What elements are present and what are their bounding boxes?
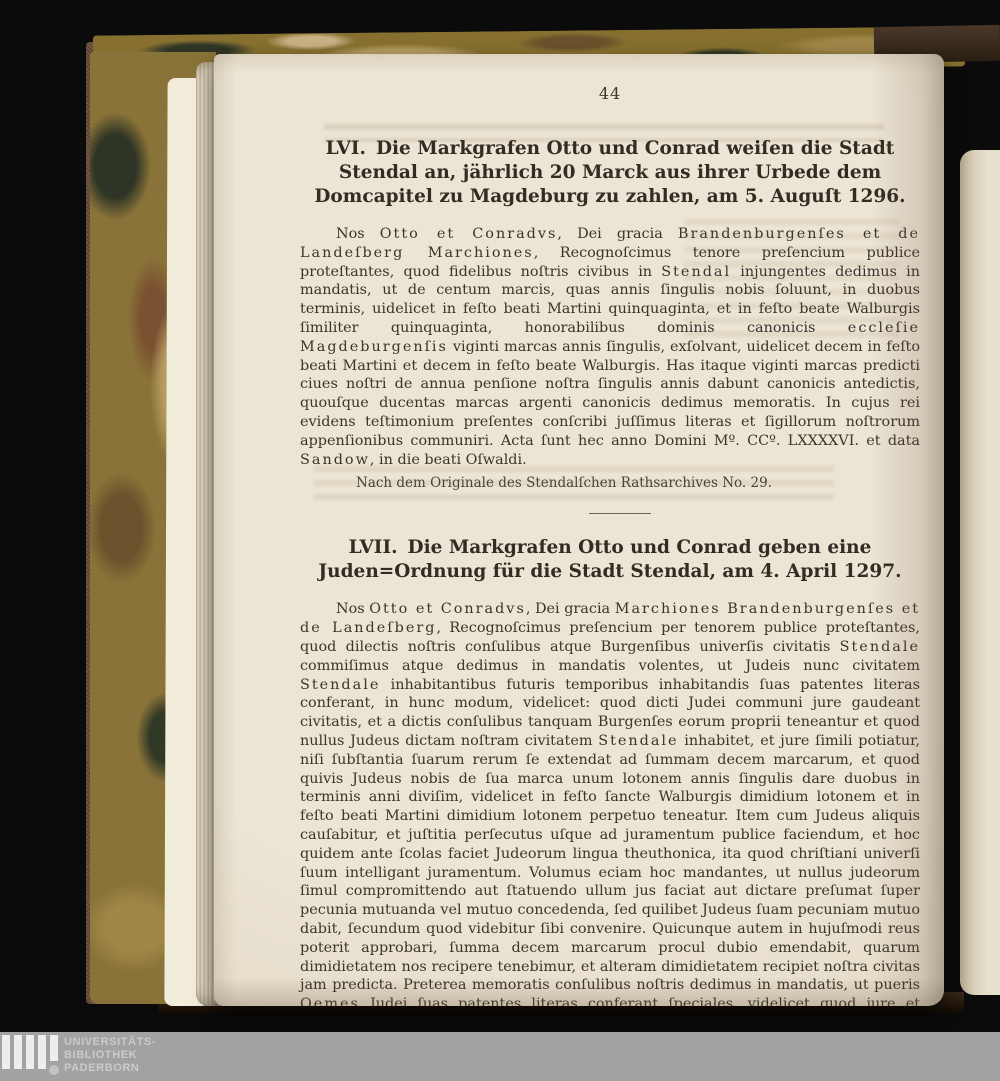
section-lvii: LVII.Die Markgrafen Otto und Conrad gebe…	[300, 536, 920, 1006]
logo-bar-icon	[38, 1035, 46, 1069]
footer-strip: UNIVERSITÄTS- BIBLIOTHEK PADERBORN	[0, 1032, 1000, 1081]
section-lvi-heading: LVI.Die Markgrafen Otto und Conrad weiſe…	[300, 137, 920, 209]
library-name: UNIVERSITÄTS- BIBLIOTHEK PADERBORN	[64, 1036, 156, 1075]
section-lvii-heading: LVII.Die Markgrafen Otto und Conrad gebe…	[300, 536, 920, 584]
section-lvii-numeral: LVII.	[349, 537, 408, 558]
page-number: 44	[300, 84, 920, 103]
scan-scene: 44 LVI.Die Markgrafen Otto und Conrad we…	[0, 0, 1000, 1081]
logo-bar-icon	[2, 1035, 10, 1069]
logo-exclamation-bar-icon	[50, 1035, 58, 1061]
facing-page-edge	[960, 150, 1000, 995]
logo-bar-icon	[26, 1035, 34, 1069]
university-library-logo	[2, 1035, 54, 1078]
section-lvi-heading-text: Die Markgrafen Otto und Conrad weiſen di…	[314, 138, 905, 207]
section-lvi-body: Nos Otto et Conradvs, Dei gracia Branden…	[300, 225, 920, 469]
section-lvi: LVI.Die Markgrafen Otto und Conrad weiſe…	[300, 137, 920, 491]
book-page: 44 LVI.Die Markgrafen Otto und Conrad we…	[214, 54, 944, 1006]
section-divider	[589, 513, 651, 514]
source-note: Nach dem Originale des Stendalſchen Rath…	[356, 475, 920, 491]
text-block: 44 LVI.Die Markgrafen Otto und Conrad we…	[300, 54, 920, 1006]
section-lvi-numeral: LVI.	[326, 138, 376, 159]
logo-exclamation-dot-icon	[49, 1065, 59, 1075]
library-name-line3: PADERBORN	[64, 1062, 156, 1075]
logo-bar-icon	[14, 1035, 22, 1069]
section-lvii-body: Nos Otto et Conradvs, Dei gracia Marchio…	[300, 600, 920, 1006]
library-name-line2: BIBLIOTHEK	[64, 1049, 156, 1062]
library-name-line1: UNIVERSITÄTS-	[64, 1036, 156, 1049]
